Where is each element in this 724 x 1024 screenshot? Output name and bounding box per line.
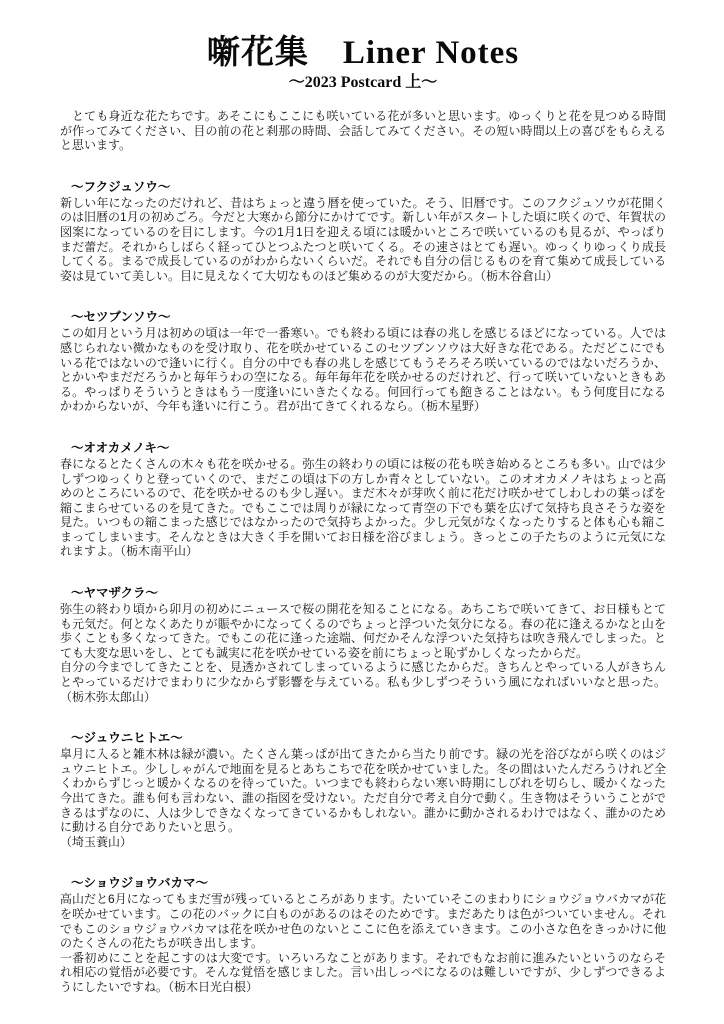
section-paragraph: この如月という月は初めの頃は一年で一番寒い。でも終わる頃には春の兆しを感じるほど… xyxy=(60,326,666,414)
section-heading: ～ヤマザクラ～ xyxy=(71,586,666,601)
section-paragraph: 新しい年になったのだけれど、昔はちょっと違う暦を使っていた。そう、旧暦です。この… xyxy=(60,196,666,284)
section-paragraph: 春になるとたくさんの木々も花を咲かせる。弥生の終わりの頃には桜の花も咲き始めると… xyxy=(60,457,666,559)
section-heading: ～オオカメノキ～ xyxy=(71,441,666,456)
section-setsubunsou: ～セツブンソウ～ この如月という月は初めの頃は一年で一番寒い。でも終わる頃には春… xyxy=(60,310,666,414)
section-ookamenoki: ～オオカメノキ～ 春になるとたくさんの木々も花を咲かせる。弥生の終わりの頃には桜… xyxy=(60,441,666,559)
page-title: 噺花集 Liner Notes xyxy=(60,34,666,72)
section-heading: ～ショウジョウバカマ～ xyxy=(71,876,666,891)
section-paragraph: 弥生の終わり頃から卯月の初めにニュースで桜の開花を知ることになる。あちこちで咲い… xyxy=(60,602,666,660)
section-paragraph: （埼玉蓑山） xyxy=(60,835,666,850)
intro-paragraph: とても身近な花たちです。あそこにもここにも咲いている花が多いと思います。ゆっくり… xyxy=(60,109,666,153)
document-page: 噺花集 Liner Notes ～2023 Postcard 上～ とても身近な… xyxy=(0,0,724,1024)
section-heading: ～セツブンソウ～ xyxy=(71,310,666,325)
section-juunihitoe: ～ジュウニヒトエ～ 皐月に入ると雑木林は緑が濃い。たくさん葉っぱが出てきたから当… xyxy=(60,731,666,849)
section-yamazakura: ～ヤマザクラ～ 弥生の終わり頃から卯月の初めにニュースで桜の開花を知ることになる… xyxy=(60,586,666,704)
section-shoujoubakama: ～ショウジョウバカマ～ 高山だと6月になってもまだ雪が残っているところがあります… xyxy=(60,876,666,994)
page-subtitle: ～2023 Postcard 上～ xyxy=(60,73,666,92)
section-heading: ～ジュウニヒトエ～ xyxy=(71,731,666,746)
section-paragraph: 皐月に入ると雑木林は緑が濃い。たくさん葉っぱが出てきたから当たり前です。緑の光を… xyxy=(60,747,666,835)
section-fukujusou: ～フクジュソウ～ 新しい年になったのだけれど、昔はちょっと違う暦を使っていた。そ… xyxy=(60,180,666,284)
section-paragraph: 高山だと6月になってもまだ雪が残っているところがあります。たいていそこのまわりに… xyxy=(60,892,666,950)
section-paragraph: 一番初めにことを起こすのは大変です。いろいろなことがあります。それでもなお前に進… xyxy=(60,951,666,995)
section-paragraph: 自分の今までしてきたことを、見透かされてしまっているように感じたからだ。きちんと… xyxy=(60,660,666,704)
section-heading: ～フクジュソウ～ xyxy=(71,180,666,195)
